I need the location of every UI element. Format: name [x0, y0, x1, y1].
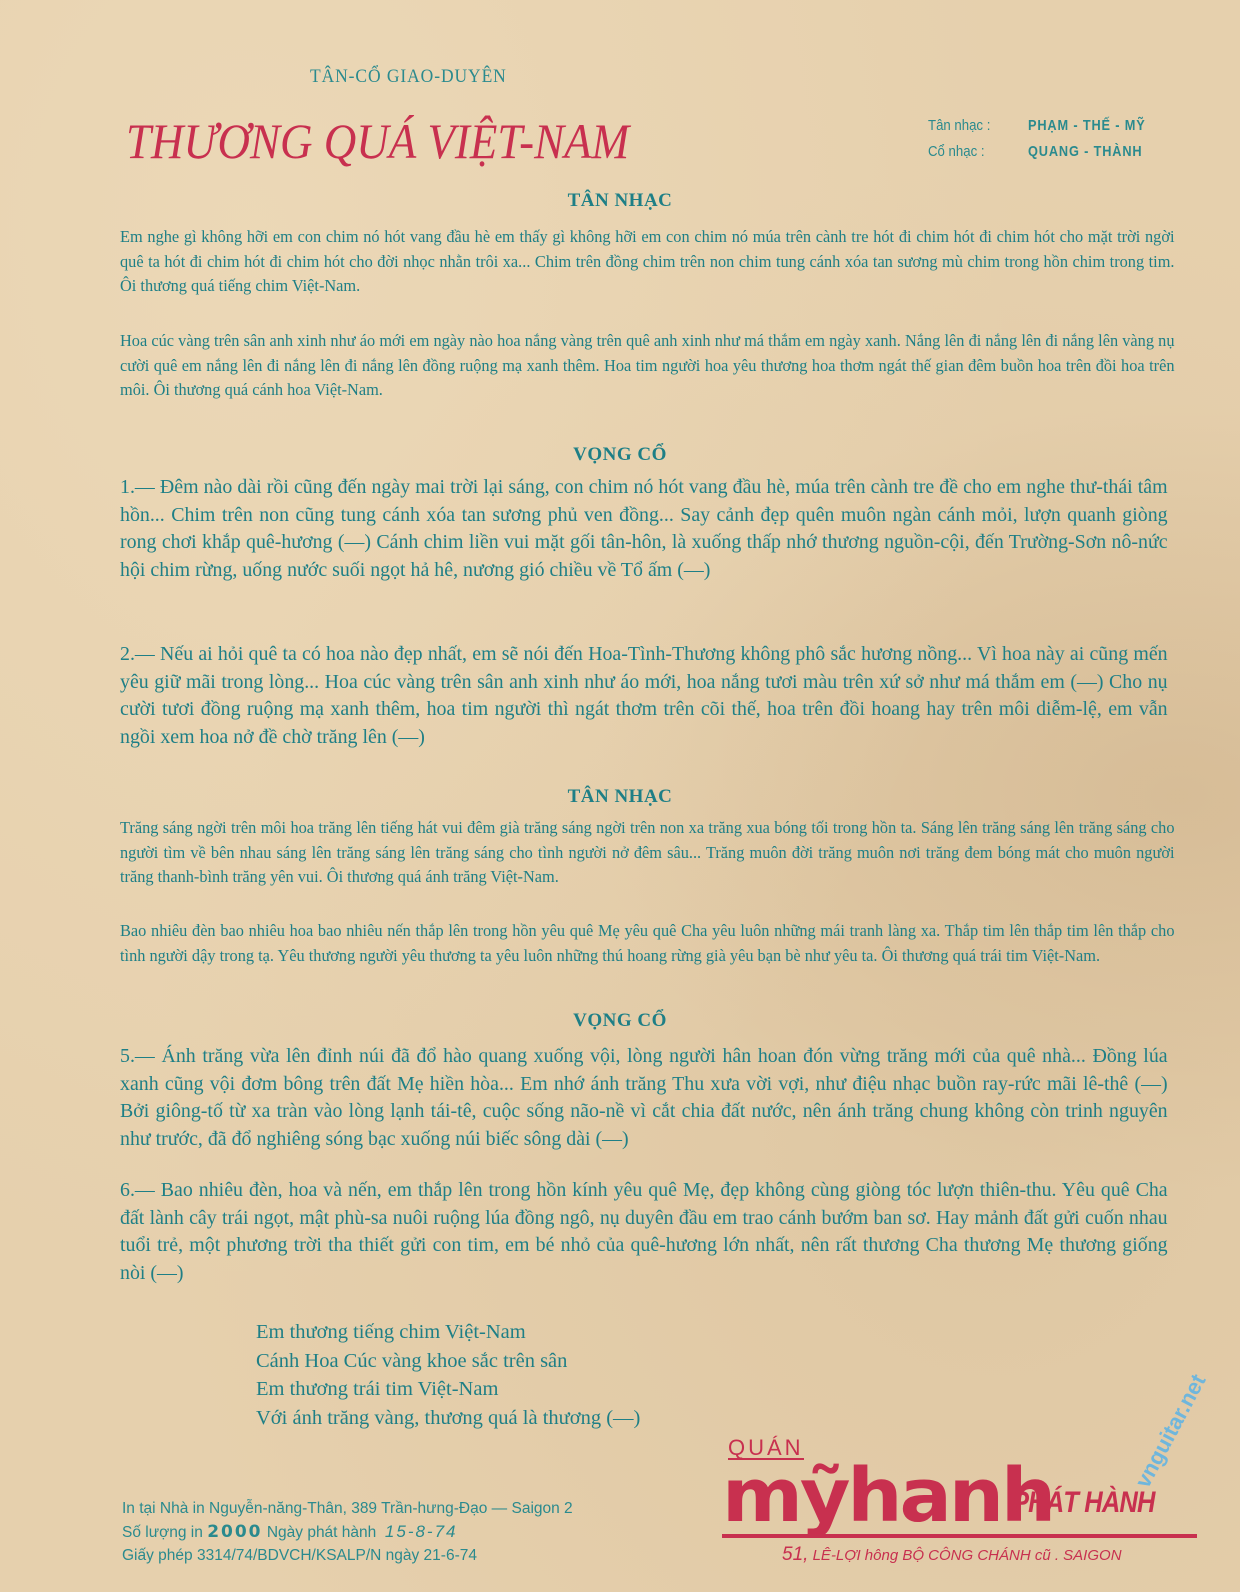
- section-heading: VỌNG CỔ: [0, 1010, 1240, 1032]
- section-heading: TÂN NHẠC: [0, 190, 1240, 212]
- chorus: Em thương tiếng chim Việt-Nam Cánh Hoa C…: [256, 1318, 640, 1432]
- quantity-value: 2000: [207, 1522, 262, 1542]
- song-title: THƯƠNG QUÁ VIỆT-NAM: [126, 112, 629, 170]
- credit-traditional-music: Cổ nhạc : QUANG - THÀNH: [928, 138, 1166, 164]
- release-label: Ngày phát hành: [267, 1524, 376, 1541]
- quantity-label: Số lượng in: [122, 1524, 203, 1541]
- address-number: 51,: [782, 1544, 808, 1565]
- verse-paragraph: 2.— Nếu ai hỏi quê ta có hoa nào đẹp nhấ…: [120, 641, 1168, 752]
- address-text: LÊ-LỢI hông BỘ CÔNG CHÁNH cũ . SAIGON: [813, 1547, 1122, 1564]
- credit-name: PHẠM - THẾ - MỸ: [1028, 117, 1146, 134]
- chorus-line: Em thương tiếng chim Việt-Nam: [256, 1318, 640, 1347]
- lyric-paragraph: Trăng sáng ngời trên môi hoa trăng lên t…: [120, 816, 1175, 890]
- publisher-name: mỹhanh: [722, 1456, 1053, 1536]
- verse-paragraph: 6.— Bao nhiêu đèn, hoa và nến, em thắp l…: [120, 1177, 1168, 1288]
- chorus-line: Cánh Hoa Cúc vàng khoe sắc trên sân: [256, 1347, 640, 1376]
- lyric-paragraph: Em nghe gì không hỡi em con chim nó hót …: [120, 225, 1175, 299]
- publisher-underline: [722, 1534, 1197, 1538]
- publisher-tagline: PHÁT HÀNH: [1012, 1486, 1155, 1520]
- permit-line: Giấy phép 3314/74/BDVCH/KSALP/N ngày 21-…: [122, 1544, 573, 1567]
- credits: Tân nhạc : PHẠM - THẾ - MỸ Cổ nhạc : QUA…: [928, 112, 1166, 164]
- subtitle: TÂN-CỔ GIAO-DUYÊN: [310, 66, 507, 88]
- credit-role: Tân nhạc :: [928, 117, 1016, 134]
- lyric-paragraph: Hoa cúc vàng trên sân anh xinh như áo mớ…: [120, 329, 1175, 403]
- printer-line: In tại Nhà in Nguyễn-năng-Thân, 389 Trần…: [122, 1497, 573, 1520]
- quantity-line: Số lượng in 2000 Ngày phát hành 15-8-74: [122, 1520, 573, 1544]
- section-heading: TÂN NHẠC: [0, 786, 1240, 808]
- section-heading: VỌNG CỔ: [0, 444, 1240, 466]
- printing-imprint: In tại Nhà in Nguyễn-năng-Thân, 389 Trần…: [122, 1497, 573, 1567]
- credit-name: QUANG - THÀNH: [1028, 143, 1142, 160]
- release-date: 15-8-74: [385, 1522, 458, 1541]
- chorus-line: Với ánh trăng vàng, thương quá là thương…: [256, 1404, 640, 1433]
- verse-paragraph: 5.— Ánh trăng vừa lên đỉnh núi đã đổ hào…: [120, 1043, 1168, 1154]
- chorus-line: Em thương trái tim Việt-Nam: [256, 1375, 640, 1404]
- verse-paragraph: 1.— Đêm nào dài rồi cũng đến ngày mai tr…: [120, 474, 1168, 585]
- credit-modern-music: Tân nhạc : PHẠM - THẾ - MỸ: [928, 112, 1166, 138]
- lyric-paragraph: Bao nhiêu đèn bao nhiêu hoa bao nhiêu nế…: [120, 919, 1175, 968]
- credit-role: Cổ nhạc :: [928, 143, 1016, 160]
- publisher-address: 51, LÊ-LỢI hông BỘ CÔNG CHÁNH cũ . SAIGO…: [782, 1544, 1122, 1566]
